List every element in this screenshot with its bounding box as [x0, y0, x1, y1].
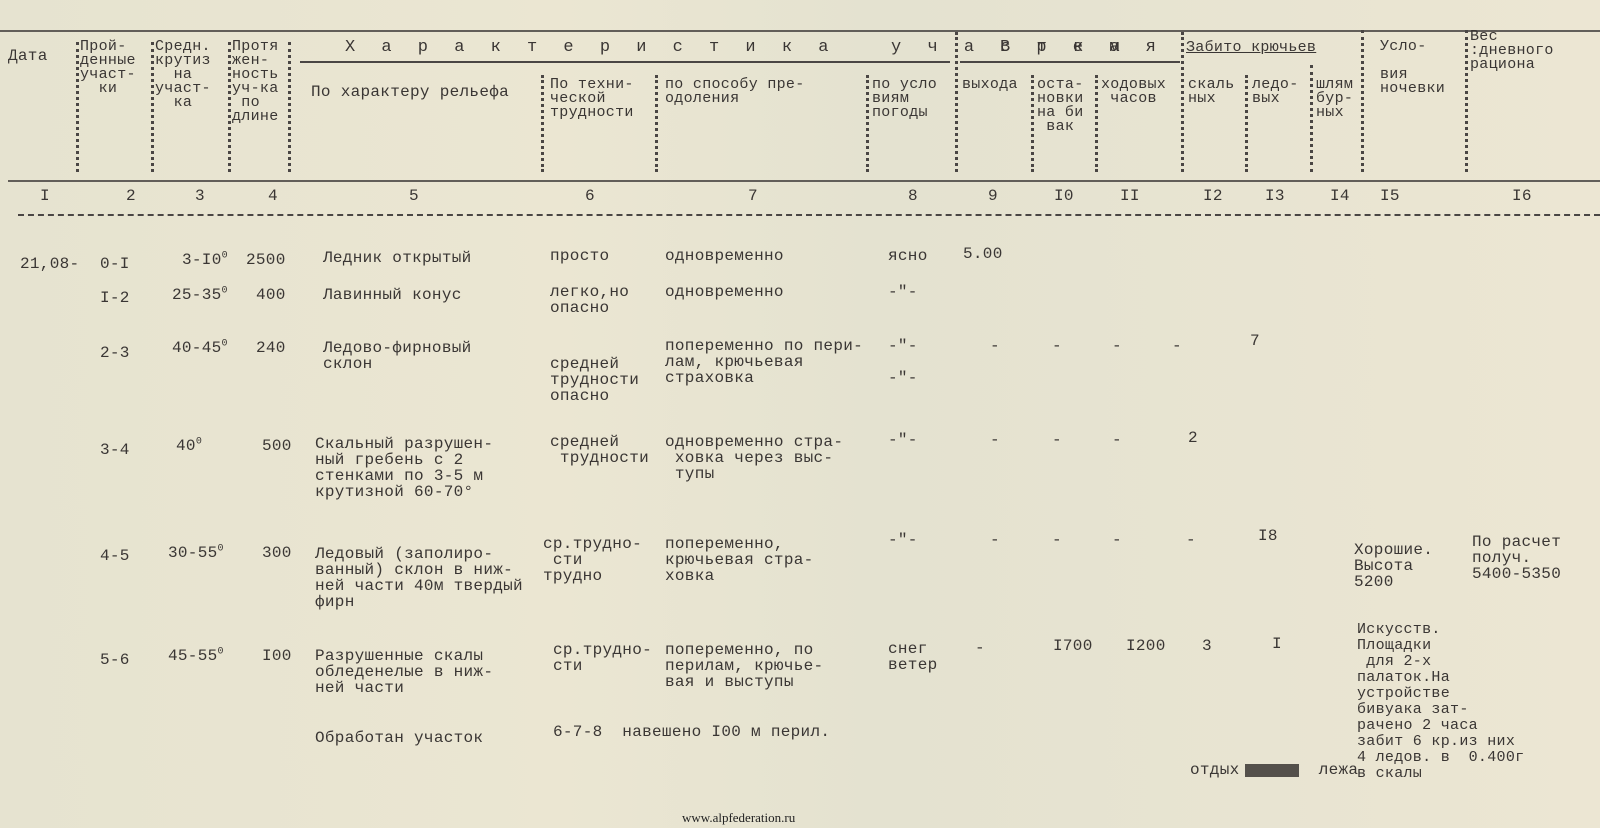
cell-weather: -"- [888, 432, 918, 448]
cell-steepness: 25-350 [172, 287, 228, 303]
cell-ice: 7 [1250, 333, 1260, 349]
strikeout-mark [1245, 764, 1299, 777]
cell-length: 400 [256, 287, 286, 303]
colnum-15: I5 [1380, 188, 1400, 204]
cell-ice: I8 [1258, 528, 1278, 544]
cell-weather: -"- [888, 284, 918, 300]
watermark: www.alpfederation.ru [682, 810, 795, 826]
cell-stop: - [1052, 338, 1062, 354]
header-bivouac: Усло- вия ночевки [1380, 40, 1445, 96]
header-departure: выхода [962, 78, 1018, 92]
cell-departure: 5.00 [963, 246, 1003, 262]
header-relief: По характеру рельефа [311, 84, 509, 100]
cell-tech: ср.трудно- сти [553, 642, 652, 674]
colnum-12: I2 [1203, 188, 1223, 204]
header-method: по способу пре- одоления [665, 78, 805, 106]
cell-relief: Ледово-фирновый склон [323, 340, 472, 372]
cell-section: 2-3 [100, 345, 130, 361]
colnum-16: I6 [1512, 188, 1532, 204]
colnum-7: 7 [748, 188, 758, 204]
cell-weather: снег ветер [888, 641, 938, 673]
cell-steepness: 30-550 [168, 545, 224, 561]
header-stop: оста- новки на би вак [1037, 78, 1084, 134]
cell-departure: - [990, 532, 1000, 548]
cell-tech: ср.трудно- сти трудно [543, 536, 642, 584]
cell-bivouac: Хорошие. Высота 5200 [1354, 542, 1433, 590]
colnum-11: II [1120, 188, 1140, 204]
cell-departure: - [990, 432, 1000, 448]
document-page: Дата Прой- денные участ- ки Средн. крути… [0, 0, 1600, 828]
numbers-bottom-border [18, 214, 1600, 216]
cell-departure: - [990, 338, 1000, 354]
table-top-border [0, 30, 1600, 32]
cell-bivouac: Искусств. Площадки для 2-х палаток.На ус… [1357, 622, 1524, 782]
cell-ration: По расчет получ. 5400-5350 [1472, 534, 1561, 582]
characteristic-underline [300, 61, 950, 63]
header-bottom-border [8, 180, 1600, 182]
cell-length: 300 [262, 545, 292, 561]
header-date: Дата [8, 48, 48, 64]
cell-walking: - [1112, 432, 1122, 448]
header-walking: ходовых часов [1101, 78, 1166, 106]
colnum-1: I [40, 188, 50, 204]
cell-stop: I700 [1053, 638, 1093, 654]
cell-rock: 3 [1202, 638, 1212, 654]
header-length: Протя жен- ность уч-ка по длине [232, 40, 279, 124]
cell-ice: I [1272, 636, 1282, 652]
cell-method: одновременно стра- ховка через выс- тупы [665, 434, 843, 482]
cell-tech: легко,но опасно [550, 284, 629, 316]
cell-walking: - [1112, 338, 1122, 354]
col-sep [541, 75, 544, 172]
cell-section: I-2 [100, 290, 130, 306]
cell-weather: -"- -"- [888, 338, 918, 386]
col-sep [288, 42, 291, 172]
cell-tech: средней трудности опасно [550, 356, 639, 404]
colnum-6: 6 [585, 188, 595, 204]
cell-steepness: 400 [176, 438, 202, 454]
cell-length: 2500 [246, 252, 286, 268]
col-sep [866, 75, 869, 172]
col-sep [1245, 75, 1248, 172]
header-rock: скаль ных [1188, 78, 1235, 106]
header-sections: Прой- денные участ- ки [80, 40, 136, 96]
cell-section: 4-5 [100, 548, 130, 564]
cell-departure: - [975, 640, 985, 656]
colnum-14: I4 [1330, 188, 1350, 204]
cell-relief: Разрушенные скалы обледенелые в ниж- ней… [315, 648, 493, 696]
cell-method: попеременно, по перилам, крючье- вая и в… [665, 642, 823, 690]
col-sep [228, 42, 231, 172]
col-sep [955, 32, 958, 172]
col-sep [1095, 75, 1098, 172]
cell-relief: Ледовый (заполиро- ванный) склон в ниж- … [315, 546, 523, 610]
header-group-pitons: Забито крючьев [1186, 40, 1316, 56]
cell-steepness: 3-I00 [182, 252, 228, 268]
footnote-worked-sections: 6-7-8 навешено I00 м перил. [553, 724, 830, 740]
header-ice: ледо- вых [1252, 78, 1299, 106]
cell-rock: - [1172, 338, 1182, 354]
cell-section: 5-6 [100, 652, 130, 668]
col-sep [1181, 32, 1184, 172]
cell-steepness: 45-550 [168, 648, 224, 664]
col-sep [655, 75, 658, 172]
colnum-4: 4 [268, 188, 278, 204]
header-bolts: шлям бур- ных [1316, 78, 1353, 120]
cell-section: 3-4 [100, 442, 130, 458]
colnum-5: 5 [409, 188, 419, 204]
cell-tech: просто [550, 248, 609, 264]
cell-steepness: 40-450 [172, 340, 228, 356]
header-ration: Вес :дневного рациона [1470, 30, 1554, 72]
col-sep [151, 42, 154, 172]
colnum-8: 8 [908, 188, 918, 204]
cell-method: одновременно [665, 284, 784, 300]
cell-length: 240 [256, 340, 286, 356]
cell-length: I00 [262, 648, 292, 664]
header-weather: по усло виям погоды [872, 78, 937, 120]
cell-date: 21,08- [20, 256, 79, 272]
colnum-9: 9 [988, 188, 998, 204]
col-sep [1310, 65, 1313, 172]
cell-walking: - [1112, 532, 1122, 548]
col-sep [1031, 75, 1034, 172]
header-tech: По техни- ческой трудности [550, 78, 634, 120]
colnum-2: 2 [126, 188, 136, 204]
time-underline [960, 61, 1180, 63]
cell-weather: -"- [888, 532, 918, 548]
footnote-worked-label: Обработан участок [315, 730, 483, 746]
header-group-time: В р е м я [1000, 40, 1164, 56]
col-sep [1465, 30, 1468, 172]
cell-relief: Скальный разрушен- ный гребень с 2 стенк… [315, 436, 493, 500]
colnum-3: 3 [195, 188, 205, 204]
cell-rock: 2 [1188, 430, 1198, 446]
col-sep [1361, 30, 1364, 172]
cell-method: одновременно [665, 248, 784, 264]
cell-relief: Ледник открытый [323, 250, 472, 266]
cell-section: 0-I [100, 256, 130, 272]
cell-stop: - [1052, 432, 1062, 448]
cell-length: 500 [262, 438, 292, 454]
cell-rock: - [1186, 532, 1196, 548]
colnum-13: I3 [1265, 188, 1285, 204]
cell-relief: Лавинный конус [323, 287, 462, 303]
cell-tech: средней трудности [550, 434, 649, 466]
cell-method: попеременно по пери- лам, крючьевая стра… [665, 338, 863, 386]
header-steepness: Средн. крутиз на участ- ка [155, 40, 211, 110]
cell-method: попеременно, крючьевая стра- ховка [665, 536, 814, 584]
colnum-10: I0 [1054, 188, 1074, 204]
col-sep [76, 42, 79, 172]
cell-walking: I200 [1126, 638, 1166, 654]
cell-weather: ясно [888, 248, 928, 264]
cell-stop: - [1052, 532, 1062, 548]
